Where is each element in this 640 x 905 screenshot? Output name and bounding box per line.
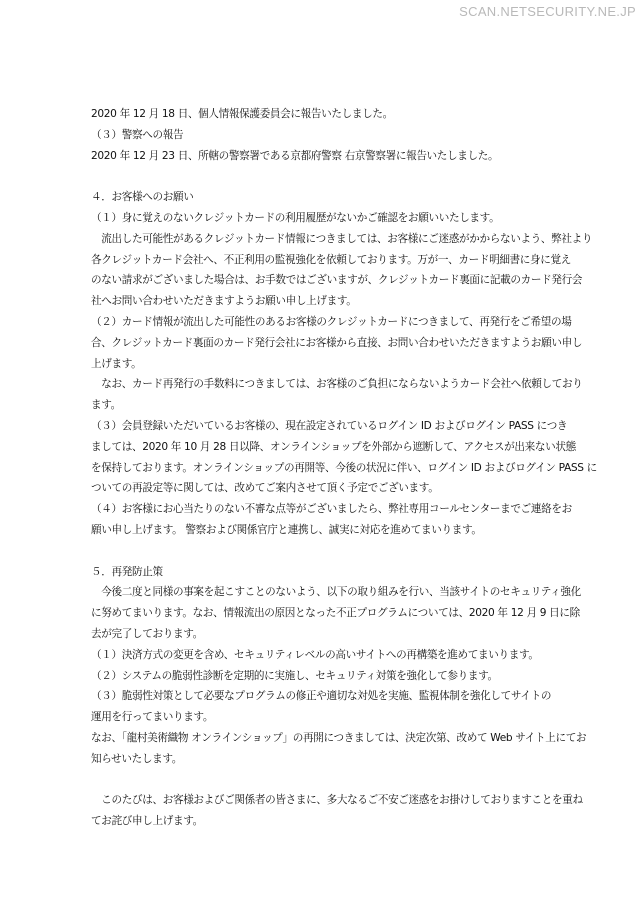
text-line: 社へお問い合わせいただきますようお願い申し上げます。 — [91, 291, 553, 312]
text-line: ます。 — [91, 395, 553, 416]
text-line: 願い申し上げます。 警察および関係官庁と連携し、誠実に対応を進めてまいります。 — [91, 520, 553, 541]
text-line: なお、「龍村美術織物 オンラインショップ」の再開につきましては、決定次第、改めて… — [91, 728, 553, 749]
text-line: 今後二度と同様の事案を起こすことのないよう、以下の取り組みを行い、当該サイトのセ… — [91, 582, 553, 603]
spacer — [91, 541, 553, 562]
text-line: （２）システムの脆弱性診断を定期的に実施し、セキュリティ対策を強化して参ります。 — [91, 666, 553, 687]
text-line: のない請求がございました場合は、お手数ではございますが、クレジットカード裏面に記… — [91, 270, 553, 291]
text-line: に努めてまいります。なお、情報流出の原因となった不正プログラムについては、202… — [91, 603, 553, 624]
section-heading-prevention: ５．再発防止策 — [91, 562, 553, 583]
subsection-heading-police-report: （３）警察への報告 — [91, 125, 553, 146]
text-line: 去が完了しております。 — [91, 624, 553, 645]
document-body: 2020 年 12 月 18 日、個人情報保護委員会に報告いたしました。 （３）… — [91, 104, 553, 832]
text-line: 合、クレジットカード裏面のカード発行会社にお客様から直接、お問い合わせいただきま… — [91, 333, 553, 354]
text-line: 2020 年 12 月 18 日、個人情報保護委員会に報告いたしました。 — [91, 104, 553, 125]
text-line: ついての再設定等に関しては、改めてご案内させて頂く予定でございます。 — [91, 478, 553, 499]
text-line: を保持しております。オンラインショップの再開等、今後の状況に伴い、ログイン ID… — [91, 458, 553, 479]
text-line: 各クレジットカード会社へ、不正利用の監視強化を依頼しております。万が一、カード明… — [91, 250, 553, 271]
text-line: （１）身に覚えのないクレジットカードの利用履歴がないかご確認をお願いいたします。 — [91, 208, 553, 229]
text-line: 知らせいたします。 — [91, 749, 553, 770]
text-line: 上げます。 — [91, 354, 553, 375]
text-line: 流出した可能性があるクレジットカード情報につきましては、お客様にご迷惑がかからな… — [91, 229, 553, 250]
closing-apology: てお詫び申し上げます。 — [91, 811, 553, 832]
spacer — [91, 770, 553, 791]
text-line: （３）脆弱性対策として必要なプログラムの修正や適切な対処を実施、監視体制を強化し… — [91, 686, 553, 707]
watermark: SCAN.NETSECURITY.NE.JP — [459, 4, 636, 19]
text-line: （４）お客様にお心当たりのない不審な点等がございましたら、弊社専用コールセンター… — [91, 499, 553, 520]
text-line: ましては、2020 年 10 月 28 日以降、オンラインショップを外部から遮断… — [91, 437, 553, 458]
text-line: 運用を行ってまいります。 — [91, 707, 553, 728]
text-line: なお、カード再発行の手数料につきましては、お客様のご負担にならないようカード会社… — [91, 374, 553, 395]
text-line: （２）カード情報が流出した可能性のあるお客様のクレジットカードにつきまして、再発… — [91, 312, 553, 333]
text-line: （１）決済方式の変更を含め、セキュリティレベルの高いサイトへの再構築を進めてまい… — [91, 645, 553, 666]
text-line: 2020 年 12 月 23 日、所轄の警察署である京都府警察 右京警察署に報告… — [91, 146, 553, 167]
spacer — [91, 166, 553, 187]
text-line: （３）会員登録いただいているお客様の、現在設定されているログイン ID およびロ… — [91, 416, 553, 437]
section-heading-customer-request: ４．お客様へのお願い — [91, 187, 553, 208]
closing-apology: このたびは、お客様およびご関係者の皆さまに、多大なるご不安ご迷惑をお掛けしており… — [91, 790, 553, 811]
